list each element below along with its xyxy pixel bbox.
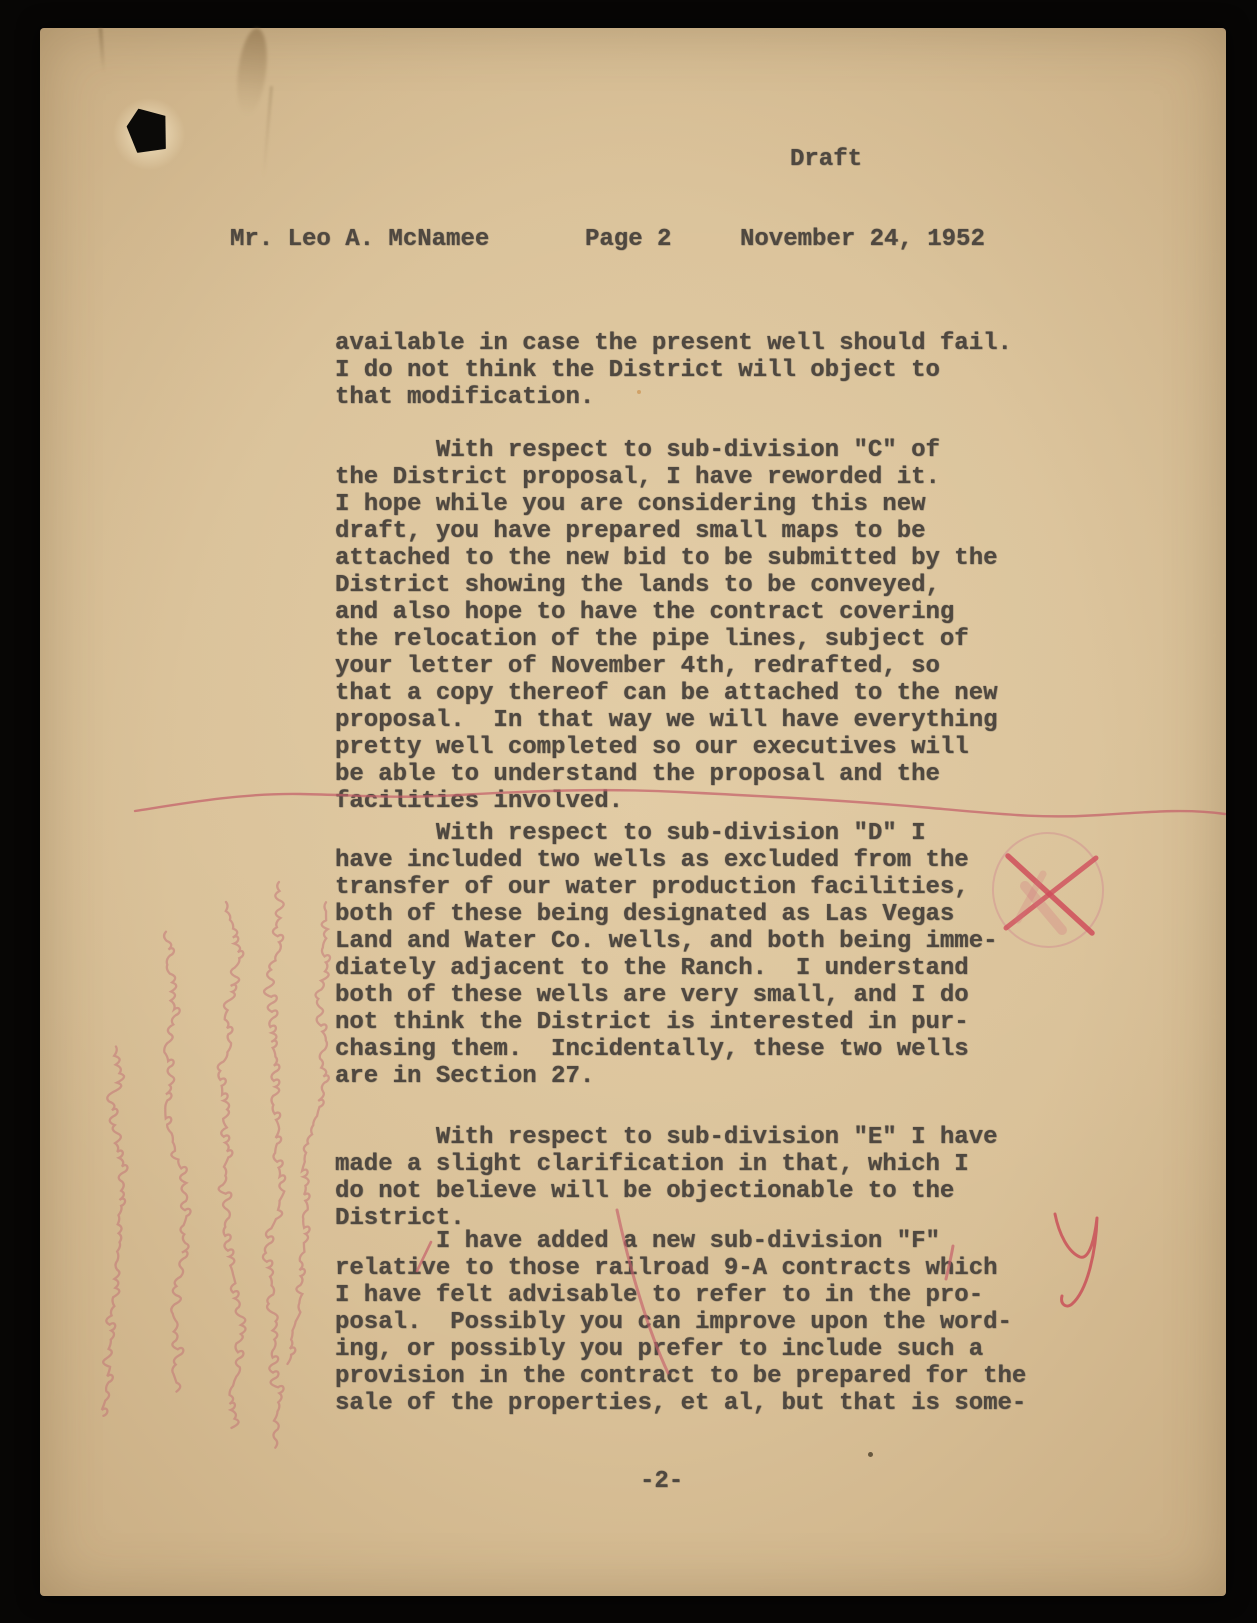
margin-handwriting-stroke: [64, 1046, 159, 1416]
body-paragraph-5: I have added a new sub-division "F" rela…: [335, 1228, 1026, 1417]
red-x-smudge: [1018, 874, 1043, 920]
margin-handwriting: [64, 882, 351, 1448]
header-recipient: Mr. Leo A. McNamee: [230, 226, 489, 253]
body-paragraph-3: With respect to sub-division "D" I have …: [335, 820, 998, 1090]
margin-handwriting-stroke: [194, 901, 276, 1428]
red-x-smudge: [1025, 886, 1062, 930]
header-page-label: Page 2: [585, 226, 671, 253]
red-y-mark-annotation: [1055, 1214, 1097, 1306]
margin-handwriting-stroke: [134, 931, 213, 1392]
body-paragraph-4: With respect to sub-division "E" I have …: [335, 1124, 998, 1232]
margin-handwriting-stroke: [235, 882, 321, 1448]
red-x-mark-annotation: [1006, 858, 1096, 928]
red-circle-annotation: [986, 826, 1111, 954]
paper-stain: [233, 27, 272, 118]
body-paragraph-1: available in case the present well shoul…: [335, 330, 1012, 411]
paper-speck: [868, 1452, 873, 1457]
header-date: November 24, 1952: [740, 226, 985, 253]
paper-crease: [262, 86, 273, 178]
body-paragraph-2: With respect to sub-division "C" of the …: [335, 437, 998, 815]
draft-label: Draft: [790, 146, 862, 173]
document-page: Draft Mr. Leo A. McNamee Page 2 November…: [40, 28, 1226, 1596]
red-x-mark-annotation: [1008, 856, 1092, 933]
page-number: -2-: [640, 1468, 683, 1495]
paper-crease: [98, 28, 105, 72]
